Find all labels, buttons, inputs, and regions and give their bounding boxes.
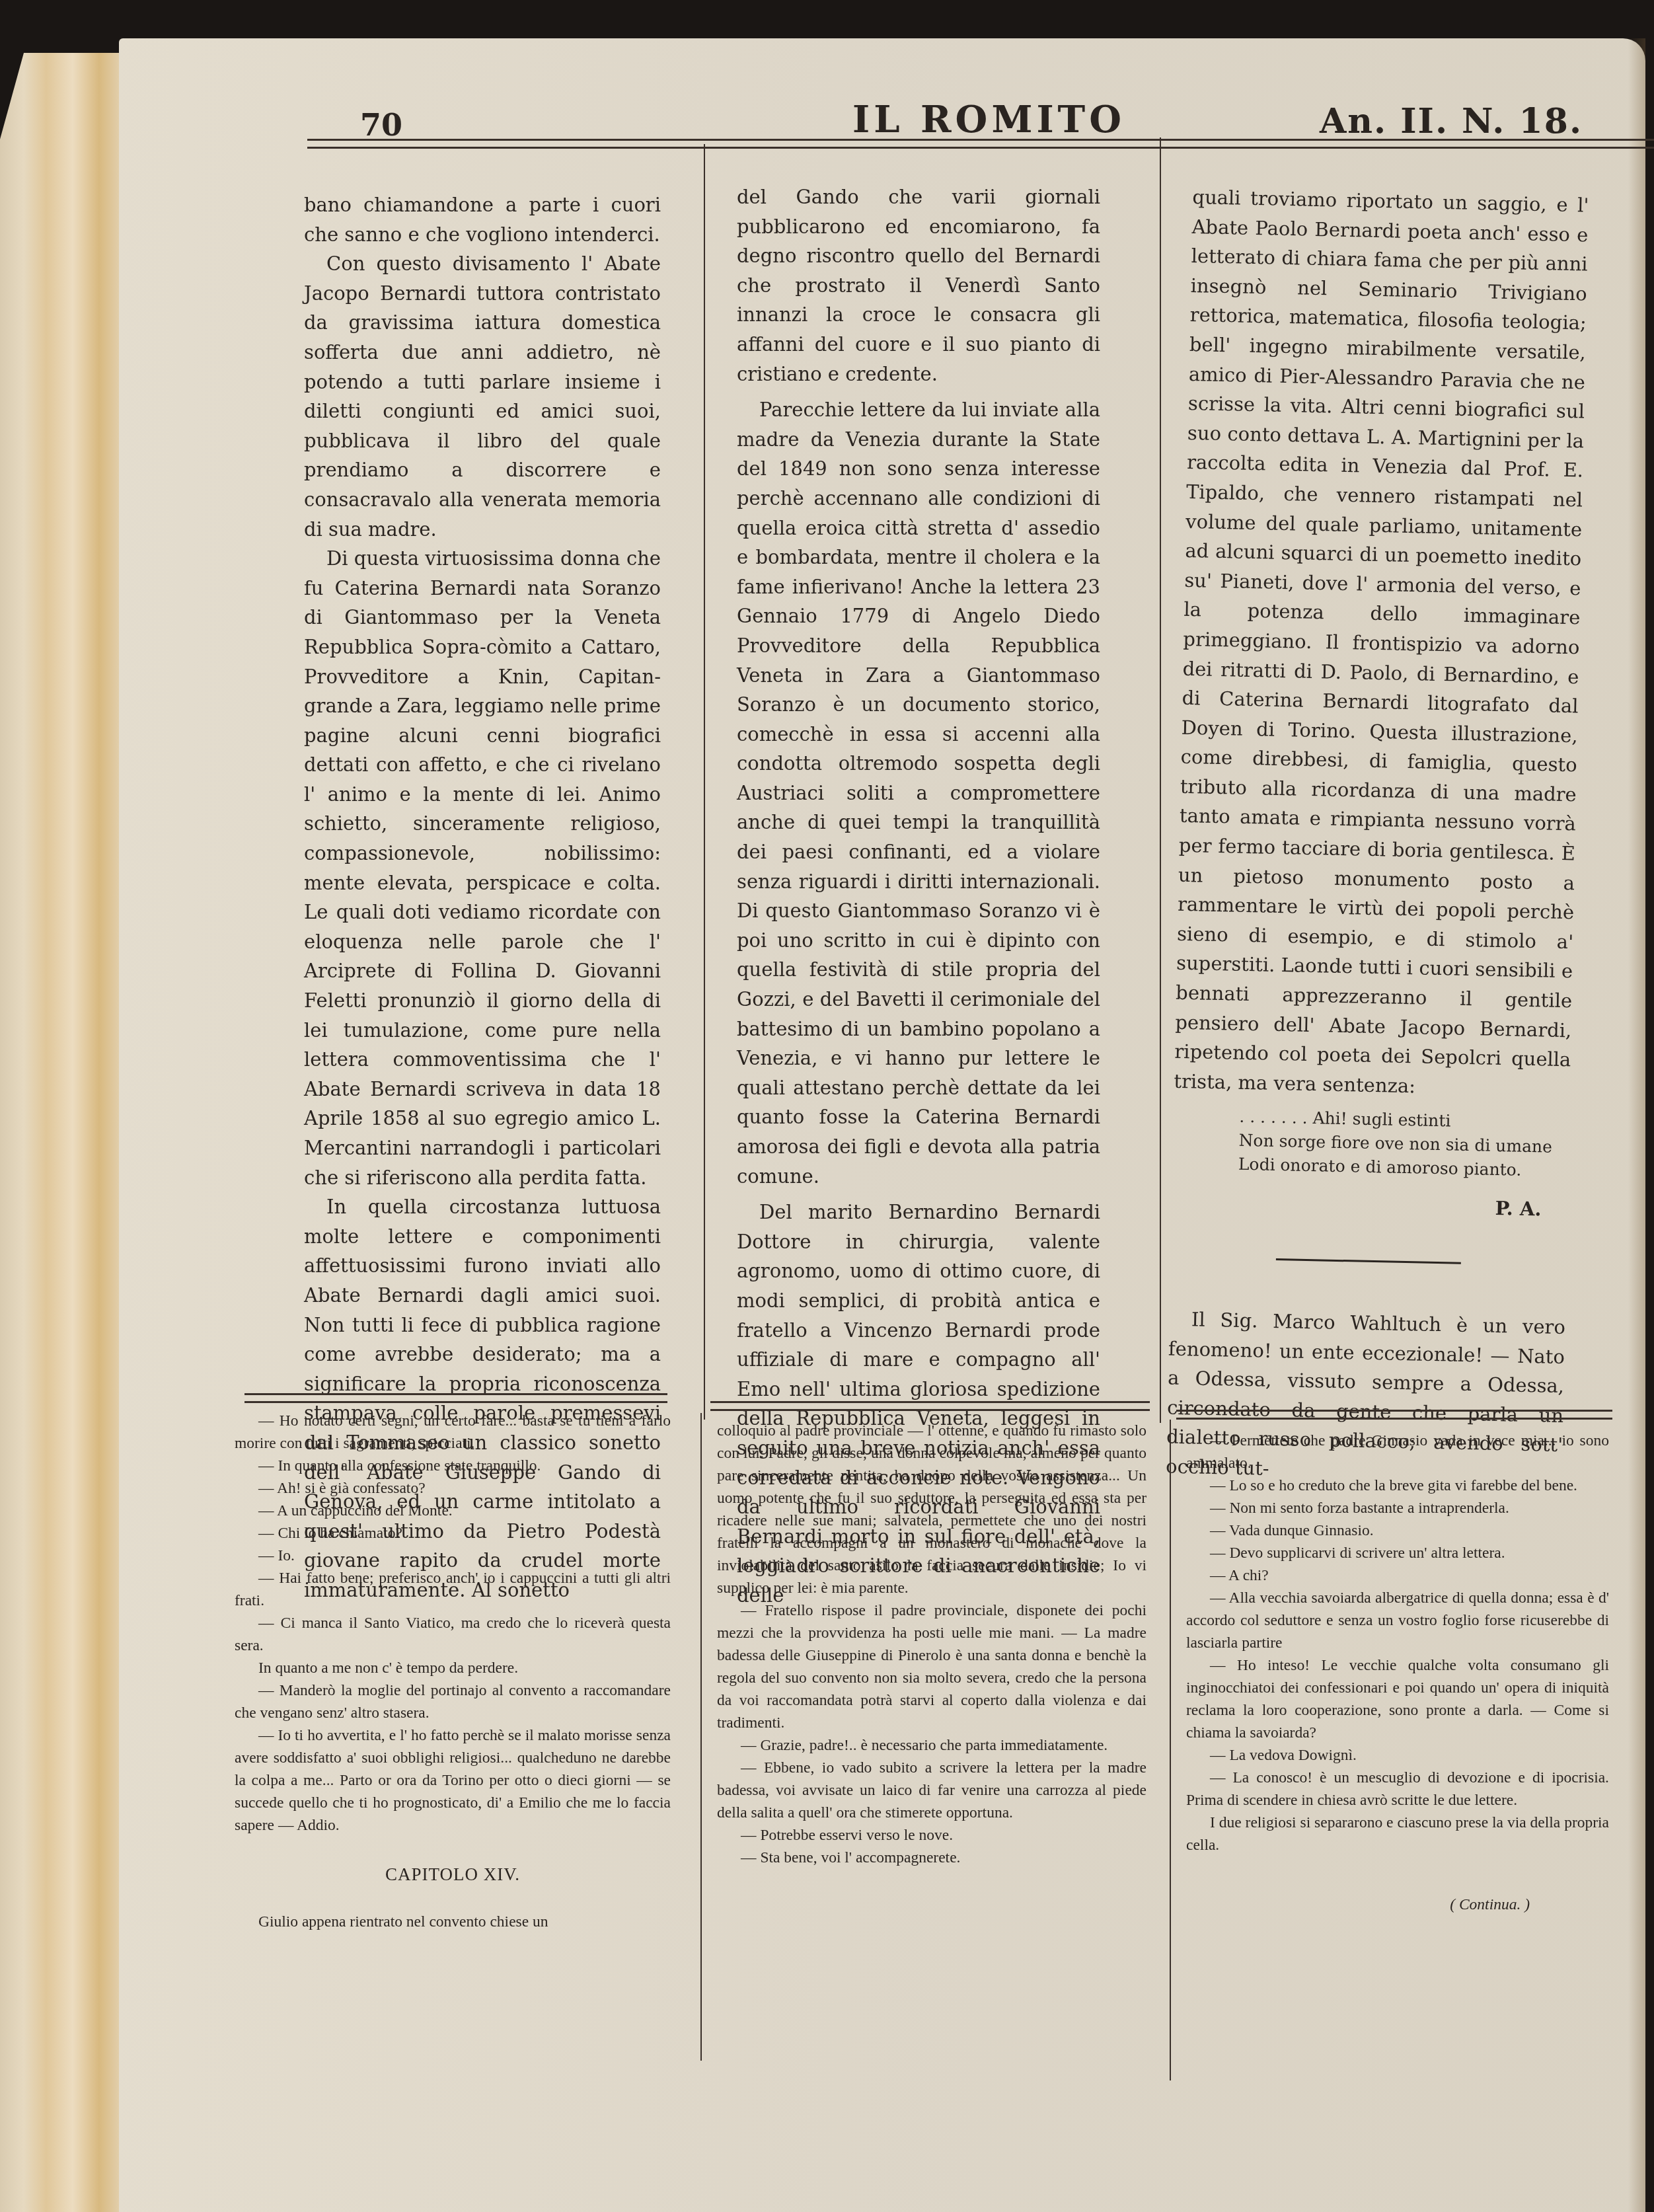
paragraph: Giulio appena rientrato nel convento chi… bbox=[235, 1911, 671, 1933]
paragraph: del Gando che varii giornali pubblicaron… bbox=[737, 182, 1100, 389]
feuilleton-column-3: — Permettete che padre Ginnasio vada in … bbox=[1186, 1430, 1609, 1916]
dialogue-line: — Grazie, padre!.. è necessario che part… bbox=[717, 1734, 1147, 1757]
dialogue-line: — Hai fatto bene; preferisco anch' io i … bbox=[235, 1567, 671, 1612]
paragraph: Con questo divisamento l' Abate Jacopo B… bbox=[304, 249, 661, 544]
dialogue-line: — Sta bene, voi l' accompagnerete. bbox=[717, 1847, 1147, 1869]
chapter-title: CAPITOLO XIV. bbox=[235, 1863, 671, 1886]
dialogue-line: In quanto a me non c' è tempo da perdere… bbox=[235, 1657, 671, 1679]
feuilleton-column-1: — Ho notato certi segni, un certo fare..… bbox=[235, 1410, 671, 1933]
dialogue-line: — Ah! si è già confessato? bbox=[235, 1477, 671, 1500]
column-divider bbox=[704, 144, 705, 1420]
dialogue-line: — La vedova Dowignì. bbox=[1186, 1744, 1609, 1767]
dialogue-line: — Devo supplicarvi di scrivere un' altra… bbox=[1186, 1542, 1609, 1564]
dialogue-line: — Lo so e ho creduto che la breve gita v… bbox=[1186, 1474, 1609, 1497]
article-column-3: quali troviamo riportato un saggio, e l'… bbox=[1166, 182, 1589, 1490]
feuilleton-rule bbox=[1176, 1410, 1612, 1420]
dialogue-line: — Ho inteso! Le vecchie qualche volta co… bbox=[1186, 1654, 1609, 1744]
dialogue-line: — Manderò la moglie del portinajo al con… bbox=[235, 1679, 671, 1724]
dialogue-line: — Permettete che padre Ginnasio vada in … bbox=[1186, 1430, 1609, 1474]
paragraph: Parecchie lettere da lui inviate alla ma… bbox=[737, 395, 1100, 1191]
dialogue-line: — Potrebbe esservi verso le nove. bbox=[717, 1824, 1147, 1847]
dialogue-line: — Ci manca il Santo Viatico, ma credo ch… bbox=[235, 1612, 671, 1657]
paragraph: colloquio al padre provinciale — l' otte… bbox=[717, 1420, 1147, 1599]
dialogue-line: — Fratello rispose il padre provinciale,… bbox=[717, 1599, 1147, 1734]
poem-quote: . . . . . . . Ahi! sugli estinti Non sor… bbox=[1238, 1105, 1570, 1183]
column-divider bbox=[700, 1413, 702, 2061]
continued-note: ( Continua. ) bbox=[1186, 1893, 1609, 1916]
dialogue-line: — Io. bbox=[235, 1545, 671, 1567]
feuilleton-rule bbox=[244, 1393, 667, 1403]
paragraph: Di questa virtuosissima donna che fu Cat… bbox=[304, 544, 661, 1192]
dialogue-line: — Ho notato certi segni, un certo fare..… bbox=[235, 1410, 671, 1455]
author-signature: P. A. bbox=[1171, 1187, 1568, 1225]
dialogue-line: — A un cappuccino del Monte. bbox=[235, 1500, 671, 1522]
paragraph: bano chiamandone a parte i cuori che san… bbox=[304, 190, 661, 249]
dialogue-line: — Chi lo ha chiamato? bbox=[235, 1522, 671, 1545]
journal-title: IL ROMITO bbox=[852, 98, 1125, 141]
article-column-2: del Gando che varii giornali pubblicaron… bbox=[737, 182, 1100, 1611]
book-page-edges bbox=[0, 53, 132, 2212]
issue-number: An. II. N. 18. bbox=[1320, 101, 1583, 141]
paragraph: quali troviamo riportato un saggio, e l'… bbox=[1174, 182, 1589, 1104]
dialogue-line: — La conosco! è un mescuglio di devozion… bbox=[1186, 1767, 1609, 1812]
dialogue-line: — Io ti ho avvertita, e l' ho fatto perc… bbox=[235, 1724, 671, 1837]
page-number: 70 bbox=[360, 107, 402, 143]
dialogue-line: — Non mi sento forza bastante a intrapre… bbox=[1186, 1497, 1609, 1519]
dialogue-line: — Alla vecchia savoiarda albergatrice di… bbox=[1186, 1587, 1609, 1654]
paragraph: I due religiosi si separarono e ciascuno… bbox=[1186, 1812, 1609, 1856]
section-divider bbox=[1276, 1258, 1461, 1264]
dialogue-line: — Vada dunque Ginnasio. bbox=[1186, 1519, 1609, 1542]
feuilleton-column-2: colloquio al padre provinciale — l' otte… bbox=[717, 1420, 1147, 1869]
feuilleton-rule bbox=[710, 1401, 1150, 1411]
column-divider bbox=[1160, 137, 1161, 1423]
column-divider bbox=[1170, 1420, 1171, 2080]
page-curl-shadow bbox=[1628, 38, 1645, 2212]
newspaper-page: 70 IL ROMITO An. II. N. 18. bano chiaman… bbox=[119, 38, 1645, 2212]
dialogue-line: — In quanto alla confessione state tranq… bbox=[235, 1455, 671, 1477]
header-double-rule bbox=[307, 139, 1654, 149]
dialogue-line: — Ebbene, io vado subito a scrivere la l… bbox=[717, 1757, 1147, 1824]
page-header: 70 IL ROMITO An. II. N. 18. bbox=[119, 71, 1645, 144]
dialogue-line: — A chi? bbox=[1186, 1564, 1609, 1587]
